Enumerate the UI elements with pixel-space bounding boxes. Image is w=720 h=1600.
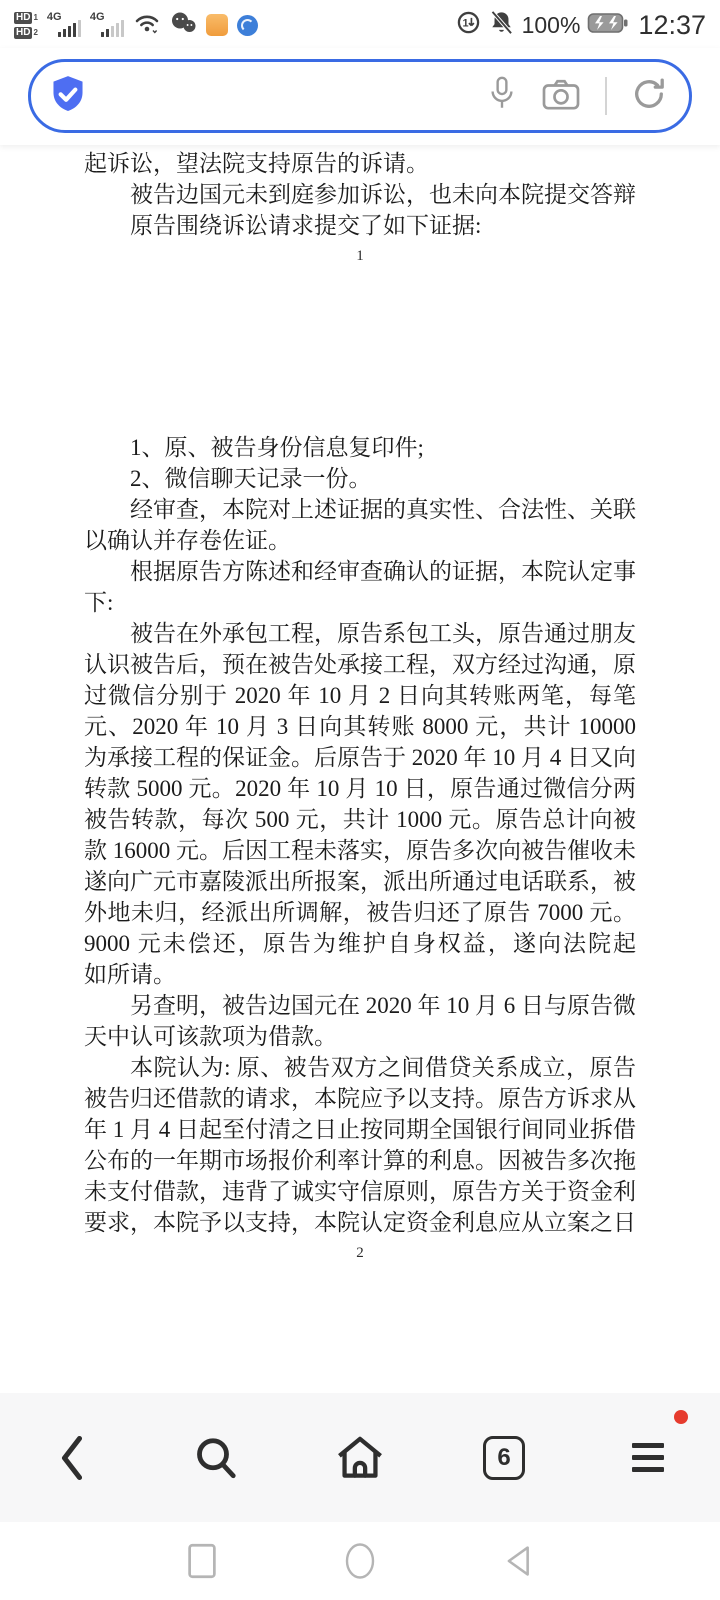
document-viewer[interactable]: 起诉讼，望法院支持原告的诉请。被告边国元未到庭参加诉讼，也未向本院提交答辩状。原… <box>0 145 720 1393</box>
document-line: 款 16000 元。后因工程未落实，原告多次向被告催收未果， <box>84 835 636 866</box>
battery-charging-icon <box>587 12 629 39</box>
document-line: 经审查，本院对上述证据的真实性、合法性、关联性予 <box>84 494 636 525</box>
signal-sim1-icon: 4G <box>47 12 81 38</box>
pill-divider <box>605 77 607 115</box>
document-line: 被告转款，每次 500 元，共计 1000 元。原告总计向被告转 <box>84 804 636 835</box>
hd2-sub: 2 <box>33 28 37 37</box>
recents-button[interactable] <box>182 1539 222 1583</box>
page-break-gap <box>84 272 636 432</box>
document-line: 1、原、被告身份信息复印件; <box>84 432 636 463</box>
tabs-button[interactable]: 6 <box>478 1432 530 1484</box>
document-line: 元、2020 年 10 月 3 日向其转账 8000 元，共计 10000 元，… <box>84 711 636 742</box>
home-button[interactable] <box>334 1432 386 1484</box>
document-line: 公布的一年期市场报价利率计算的利息。因被告多次拖延， <box>84 1145 636 1176</box>
hd1-sub: 1 <box>33 13 37 22</box>
document-line: 转款 5000 元。2020 年 10 月 10 日，原告通过微信分两次向 <box>84 773 636 804</box>
menu-icon <box>632 1443 664 1472</box>
document-line: 为承接工程的保证金。后原告于 2020 年 10 月 4 日又向被告 <box>84 742 636 773</box>
tabs-icon: 6 <box>483 1436 525 1480</box>
document-line: 年 1 月 4 日起至付清之日止按同期全国银行间同业拆借中心 <box>84 1114 636 1145</box>
document-line: 2、微信聊天记录一份。 <box>84 463 636 494</box>
document-line: 未支付借款，违背了诚实守信原则，原告方关于资金利息的 <box>84 1176 636 1207</box>
document-page-1: 起诉讼，望法院支持原告的诉请。被告边国元未到庭参加诉讼，也未向本院提交答辩状。原… <box>84 148 636 241</box>
camera-icon[interactable] <box>541 77 581 116</box>
document-line: 本院认为: 原、被告双方之间借贷关系成立，原告要求 <box>84 1052 636 1083</box>
document-line: 根据原告方陈述和经审查确认的证据，本院认定事实如 <box>84 556 636 587</box>
page-number-1: 1 <box>84 241 636 272</box>
notifications-muted-icon <box>488 9 515 41</box>
document-line: 9000 元未偿还，原告为维护自身权益，遂向法院起诉，望判 <box>84 928 636 959</box>
status-bar: HD 1 HD 2 4G 4G <box>0 0 720 48</box>
page-number-2: 2 <box>84 1238 636 1269</box>
document-line: 外地未归，经派出所调解，被告归还了原告 7000 元。下欠 <box>84 897 636 928</box>
status-left-icons: HD 1 HD 2 4G 4G <box>14 11 258 40</box>
document-page-2: 1、原、被告身份信息复印件;2、微信聊天记录一份。经审查，本院对上述证据的真实性… <box>84 432 636 1238</box>
volte-hd-sim1-icon: HD 1 <box>14 12 38 24</box>
svg-text:1: 1 <box>462 18 468 30</box>
orange-app-notification-icon <box>206 14 228 36</box>
wifi-icon <box>133 11 161 40</box>
document-line: 被告在外承包工程，原告系包工头，原告通过朋友介绍 <box>84 618 636 649</box>
document-line: 天中认可该款项为借款。 <box>84 1021 636 1052</box>
document-line: 过微信分别于 2020 年 10 月 2 日向其转账两笔，每笔 1000 <box>84 680 636 711</box>
document-line: 遂向广元市嘉陵派出所报案，派出所通过电话联系，被告在 <box>84 866 636 897</box>
browser-address-bar <box>0 48 720 145</box>
home-nav-button[interactable] <box>340 1539 380 1583</box>
volte-hd-sim2-icon: HD 2 <box>14 27 38 39</box>
back-nav-button[interactable] <box>498 1539 538 1583</box>
document-line: 另查明，被告边国元在 2020 年 10 月 6 日与原告微信聊 <box>84 990 636 1021</box>
back-button[interactable] <box>46 1432 98 1484</box>
document-line: 被告边国元未到庭参加诉讼，也未向本院提交答辩状。 <box>84 179 636 210</box>
menu-badge-dot <box>674 1410 688 1424</box>
data-usage-icon: 1 <box>456 10 481 40</box>
document-line: 被告归还借款的请求，本院应予以支持。原告方诉求从 2024 <box>84 1083 636 1114</box>
document-line: 如所请。 <box>84 959 636 990</box>
volte-hd-icons: HD 1 HD 2 <box>14 12 38 39</box>
blue-app-notification-icon <box>237 15 258 36</box>
document-line: 认识被告后，预在被告处承接工程，双方经过沟通，原告通 <box>84 649 636 680</box>
refresh-icon[interactable] <box>631 76 667 117</box>
wechat-notification-icon <box>170 11 197 39</box>
document-line: 要求，本院予以支持，本院认定资金利息应从立案之日 2024 <box>84 1207 636 1238</box>
document-line: 以确认并存卷佐证。 <box>84 525 636 556</box>
document-line: 下: <box>84 587 636 618</box>
browser-toolbar: 6 <box>0 1393 720 1522</box>
document-line: 原告围绕诉讼请求提交了如下证据: <box>84 210 636 241</box>
hd2-chip: HD <box>14 27 32 39</box>
battery-percent: 100% <box>522 12 581 39</box>
hd1-chip: HD <box>14 12 32 24</box>
system-navigation-bar <box>0 1522 720 1600</box>
signal-sim2-icon: 4G <box>90 12 124 38</box>
menu-button[interactable] <box>622 1432 674 1484</box>
security-shield-icon[interactable] <box>47 72 89 121</box>
phone-screen: HD 1 HD 2 4G 4G <box>0 0 720 1600</box>
status-right-icons: 1 100% 12 <box>456 9 706 41</box>
tab-count: 6 <box>497 1444 510 1472</box>
search-button[interactable] <box>190 1432 242 1484</box>
search-input[interactable] <box>28 59 692 133</box>
clock: 12:37 <box>638 10 706 41</box>
microphone-icon[interactable] <box>487 75 517 118</box>
document-line: 起诉讼，望法院支持原告的诉请。 <box>84 148 636 179</box>
